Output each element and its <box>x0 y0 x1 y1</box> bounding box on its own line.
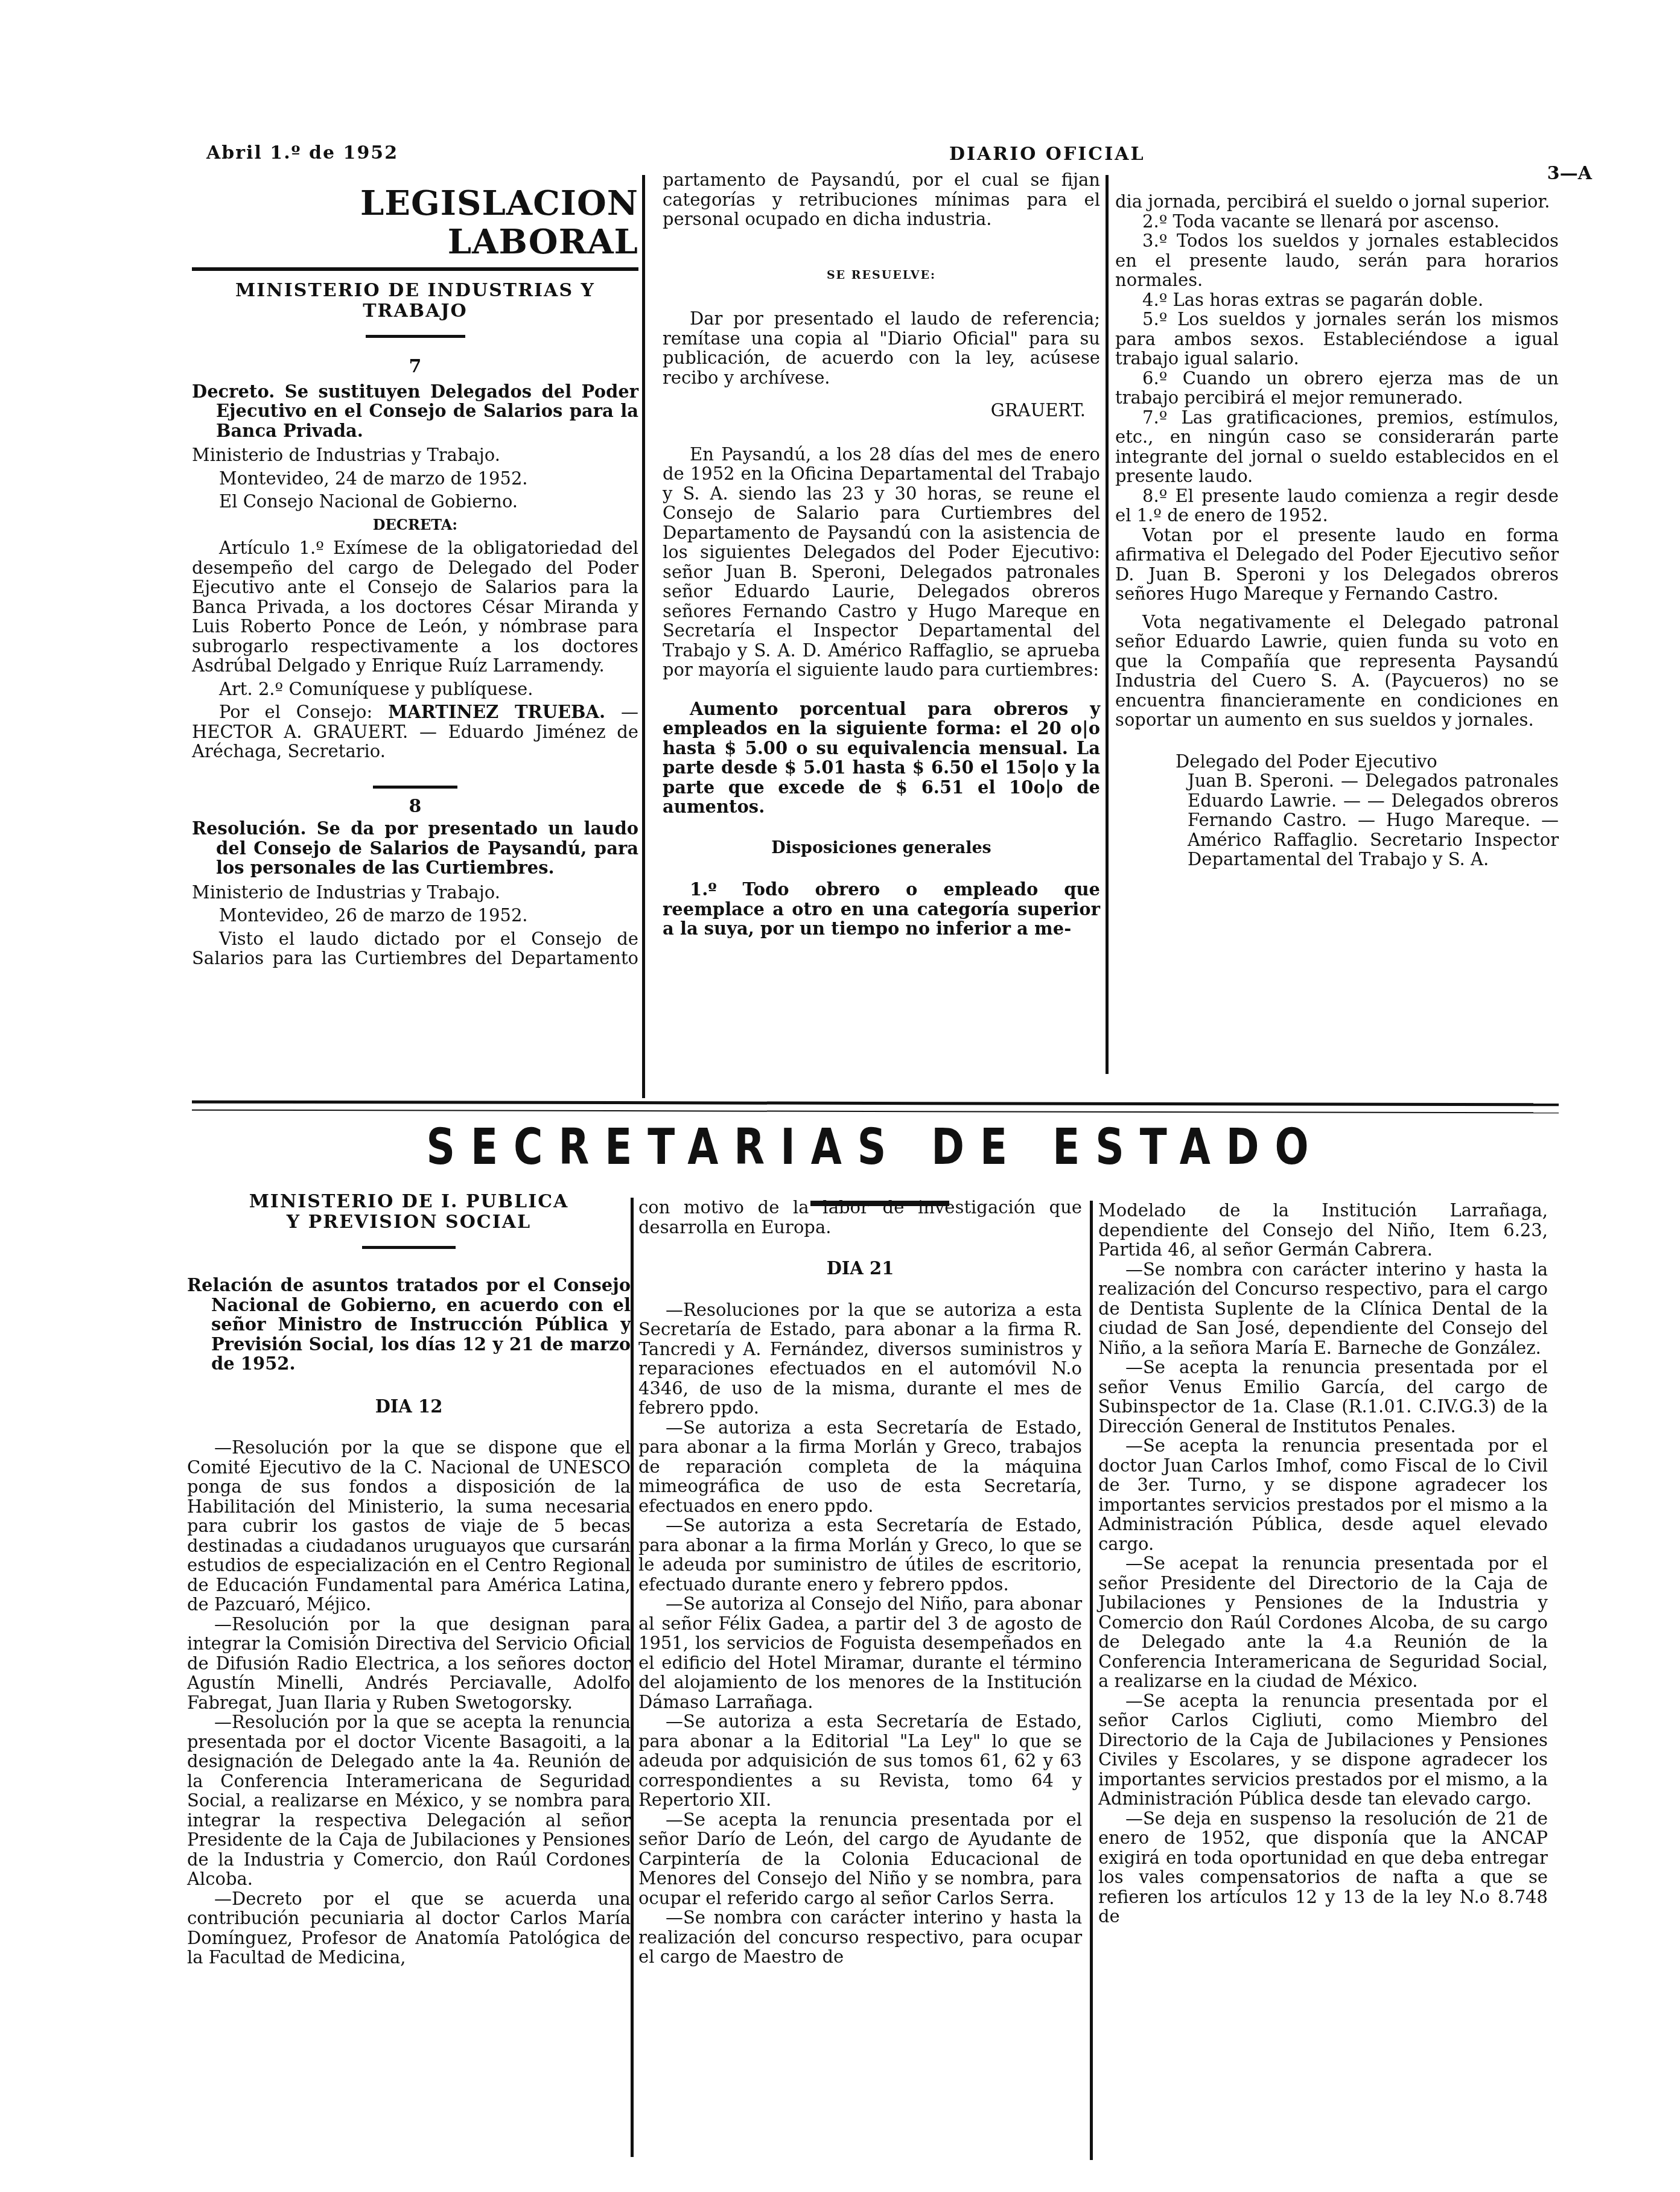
item7-article-1: Artículo 1.º Exímese de la obligatorieda… <box>192 538 638 676</box>
item-number-7: 7 <box>192 357 638 377</box>
dia21-item-2: —Se autoriza a esta Secretaría de Estado… <box>638 1418 1082 1516</box>
dia21-item-12: —Se acepta la renuncia presentada por el… <box>1098 1691 1548 1809</box>
item8-visto: Visto el laudo dictado por el Consejo de… <box>192 929 638 968</box>
dia12-item-3: —Resolución por la que se acepta la renu… <box>187 1712 631 1889</box>
section-banner-secretarias-de-estado: SECRETARIAS DE ESTADO <box>192 1117 1559 1175</box>
disposicion-6: 6.º Cuando un obrero ejerza mas de un tr… <box>1115 369 1559 408</box>
divider <box>362 1246 456 1249</box>
newspaper-page: Abril 1.º de 1952 DIARIO OFICIAL 3—A LEG… <box>0 0 1680 2192</box>
dia21-item-7-start: —Se nombra con carácter interino y hasta… <box>638 1908 1082 1967</box>
ministry-heading: MINISTERIO DE INDUSTRIAS Y TRABAJO <box>192 281 638 322</box>
divider <box>366 335 465 338</box>
dia12-item-4-start: —Decreto por el que se acuerda una contr… <box>187 1889 631 1968</box>
dia21-item-4: —Se autoriza al Consejo del Niño, para a… <box>638 1594 1082 1712</box>
disposicion-3: 3.º Todos los sueldos y jornales estable… <box>1115 231 1559 290</box>
divider <box>373 786 457 789</box>
column-divider <box>631 1198 634 2157</box>
page-number: 3—A <box>1547 163 1592 184</box>
vota-negativamente-text: Vota negativamente el Delegado patronal … <box>1115 612 1559 730</box>
dia12-item-2: —Resolución por la que designan para int… <box>187 1615 631 1713</box>
item8-aumento: Aumento porcentual para obreros y emplea… <box>663 699 1100 817</box>
column-divider <box>1106 175 1109 1074</box>
dia-12-heading: DIA 12 <box>187 1397 631 1417</box>
title-rule <box>192 267 638 271</box>
dia12-item-1: —Resolución por la que se dispone que el… <box>187 1438 631 1615</box>
item7-council: El Consejo Nacional de Gobierno. <box>192 492 638 512</box>
item7-decreta: DECRETA: <box>192 515 638 535</box>
votan-text: Votan por el presente laudo en forma afi… <box>1115 526 1559 604</box>
disposicion-8: 8.º El presente laudo comienza a regir d… <box>1115 486 1559 526</box>
item7-signatures: Por el Consejo: MARTINEZ TRUEBA. — HECTO… <box>192 702 638 761</box>
top-column-3: dia jornada, percibirá el sueldo o jorna… <box>1115 192 1559 869</box>
se-resuelve-label: SE RESUELVE: <box>663 265 1100 285</box>
disposicion-1-start: 1.º Todo obrero o empleado que reemplace… <box>663 880 1100 939</box>
dia21-item-9: —Se acepta la renuncia presentada por el… <box>1098 1358 1548 1436</box>
section-separator-rule <box>192 1101 1559 1114</box>
dia21-item-7-end: Modelado de la Institución Larrañaga, de… <box>1098 1201 1548 1260</box>
signature-martinez-trueba: MARTINEZ TRUEBA. <box>388 702 605 722</box>
disposiciones-heading: Disposiciones generales <box>663 839 1100 859</box>
dia21-item-1: —Resoluciones por la que se autoriza a e… <box>638 1300 1082 1418</box>
top-column-1: LEGISLACION LABORAL MINISTERIO DE INDUST… <box>192 184 638 968</box>
dia-21-heading: DIA 21 <box>638 1259 1082 1279</box>
item-number-8: 8 <box>192 797 638 817</box>
item7-heading: Decreto. Se sustituyen Delegados del Pod… <box>192 382 638 441</box>
bottom-column-3: Modelado de la Institución Larrañaga, de… <box>1098 1201 1548 1927</box>
column-divider <box>1090 1201 1093 2160</box>
dia21-item-6: —Se acepta la renuncia presentada por el… <box>638 1810 1082 1908</box>
disposicion-2: 2.º Toda vacante se llenará por ascenso. <box>1115 212 1559 232</box>
ministry-ip-heading: MINISTERIO DE I. PUBLICA Y PREVISION SOC… <box>187 1192 631 1233</box>
disposicion-5: 5.º Los sueldos y jornales serán los mis… <box>1115 310 1559 369</box>
disposicion-1-end: dia jornada, percibirá el sueldo o jorna… <box>1115 192 1559 212</box>
item8-heading: Resolución. Se da por presentado un laud… <box>192 819 638 878</box>
item8-signature: GRAUERT. <box>663 401 1086 421</box>
dia21-item-8: —Se nombra con carácter interino y hasta… <box>1098 1260 1548 1358</box>
closing-signatures: Delegado del Poder Ejecutivo Juan B. Spe… <box>1115 752 1559 869</box>
section-title-legislacion-laboral: LEGISLACION LABORAL <box>192 184 638 261</box>
top-column-2: partamento de Paysandú, por el cual se f… <box>663 170 1100 939</box>
disposicion-4: 4.º Las horas extras se pagarán doble. <box>1115 290 1559 310</box>
newspaper-name: DIARIO OFICIAL <box>949 144 1145 165</box>
item7-place-date: Montevideo, 24 de marzo de 1952. <box>192 469 638 489</box>
item8-place-date: Montevideo, 26 de marzo de 1952. <box>192 906 638 926</box>
item8-resolution-text: Dar por presentado el laudo de referenci… <box>663 309 1100 387</box>
item8-ministry: Ministerio de Industrias y Trabajo. <box>192 883 638 903</box>
bottom-column-2: con motivo de la labor de investigación … <box>638 1198 1082 1967</box>
dia21-item-3: —Se autoriza a esta Secretaría de Estado… <box>638 1516 1082 1594</box>
relacion-heading: Relación de asuntos tratados por el Cons… <box>187 1275 631 1374</box>
signatures-prefix: Por el Consejo: <box>219 702 388 722</box>
item7-ministry: Ministerio de Industrias y Trabajo. <box>192 445 638 465</box>
closing-rest: Juan B. Speroni. — Delegados patronales … <box>1188 771 1559 869</box>
item7-article-2: Art. 2.º Comuníquese y publíquese. <box>192 679 638 699</box>
dia21-item-13: —Se deja en suspenso la resolución de 21… <box>1098 1809 1548 1927</box>
bottom-column-1: MINISTERIO DE I. PUBLICA Y PREVISION SOC… <box>187 1192 631 1968</box>
dia12-item-4-end: con motivo de la labor de investigación … <box>638 1198 1082 1237</box>
item8-acta: En Paysandú, a los 28 días del mes de en… <box>663 445 1100 680</box>
issue-date: Abril 1.º de 1952 <box>206 142 398 164</box>
dia21-item-11: —Se acepat la renuncia presentada por el… <box>1098 1554 1548 1691</box>
dia21-item-5: —Se autoriza a esta Secretaría de Estado… <box>638 1712 1082 1810</box>
disposicion-7: 7.º Las gratificaciones, premios, estímu… <box>1115 408 1559 486</box>
closing-first-line: Delegado del Poder Ejecutivo <box>1176 752 1559 772</box>
item8-visto-continued: partamento de Paysandú, por el cual se f… <box>663 170 1100 229</box>
column-divider <box>642 175 645 1098</box>
dia21-item-10: —Se acepta la renuncia presentada por el… <box>1098 1436 1548 1554</box>
